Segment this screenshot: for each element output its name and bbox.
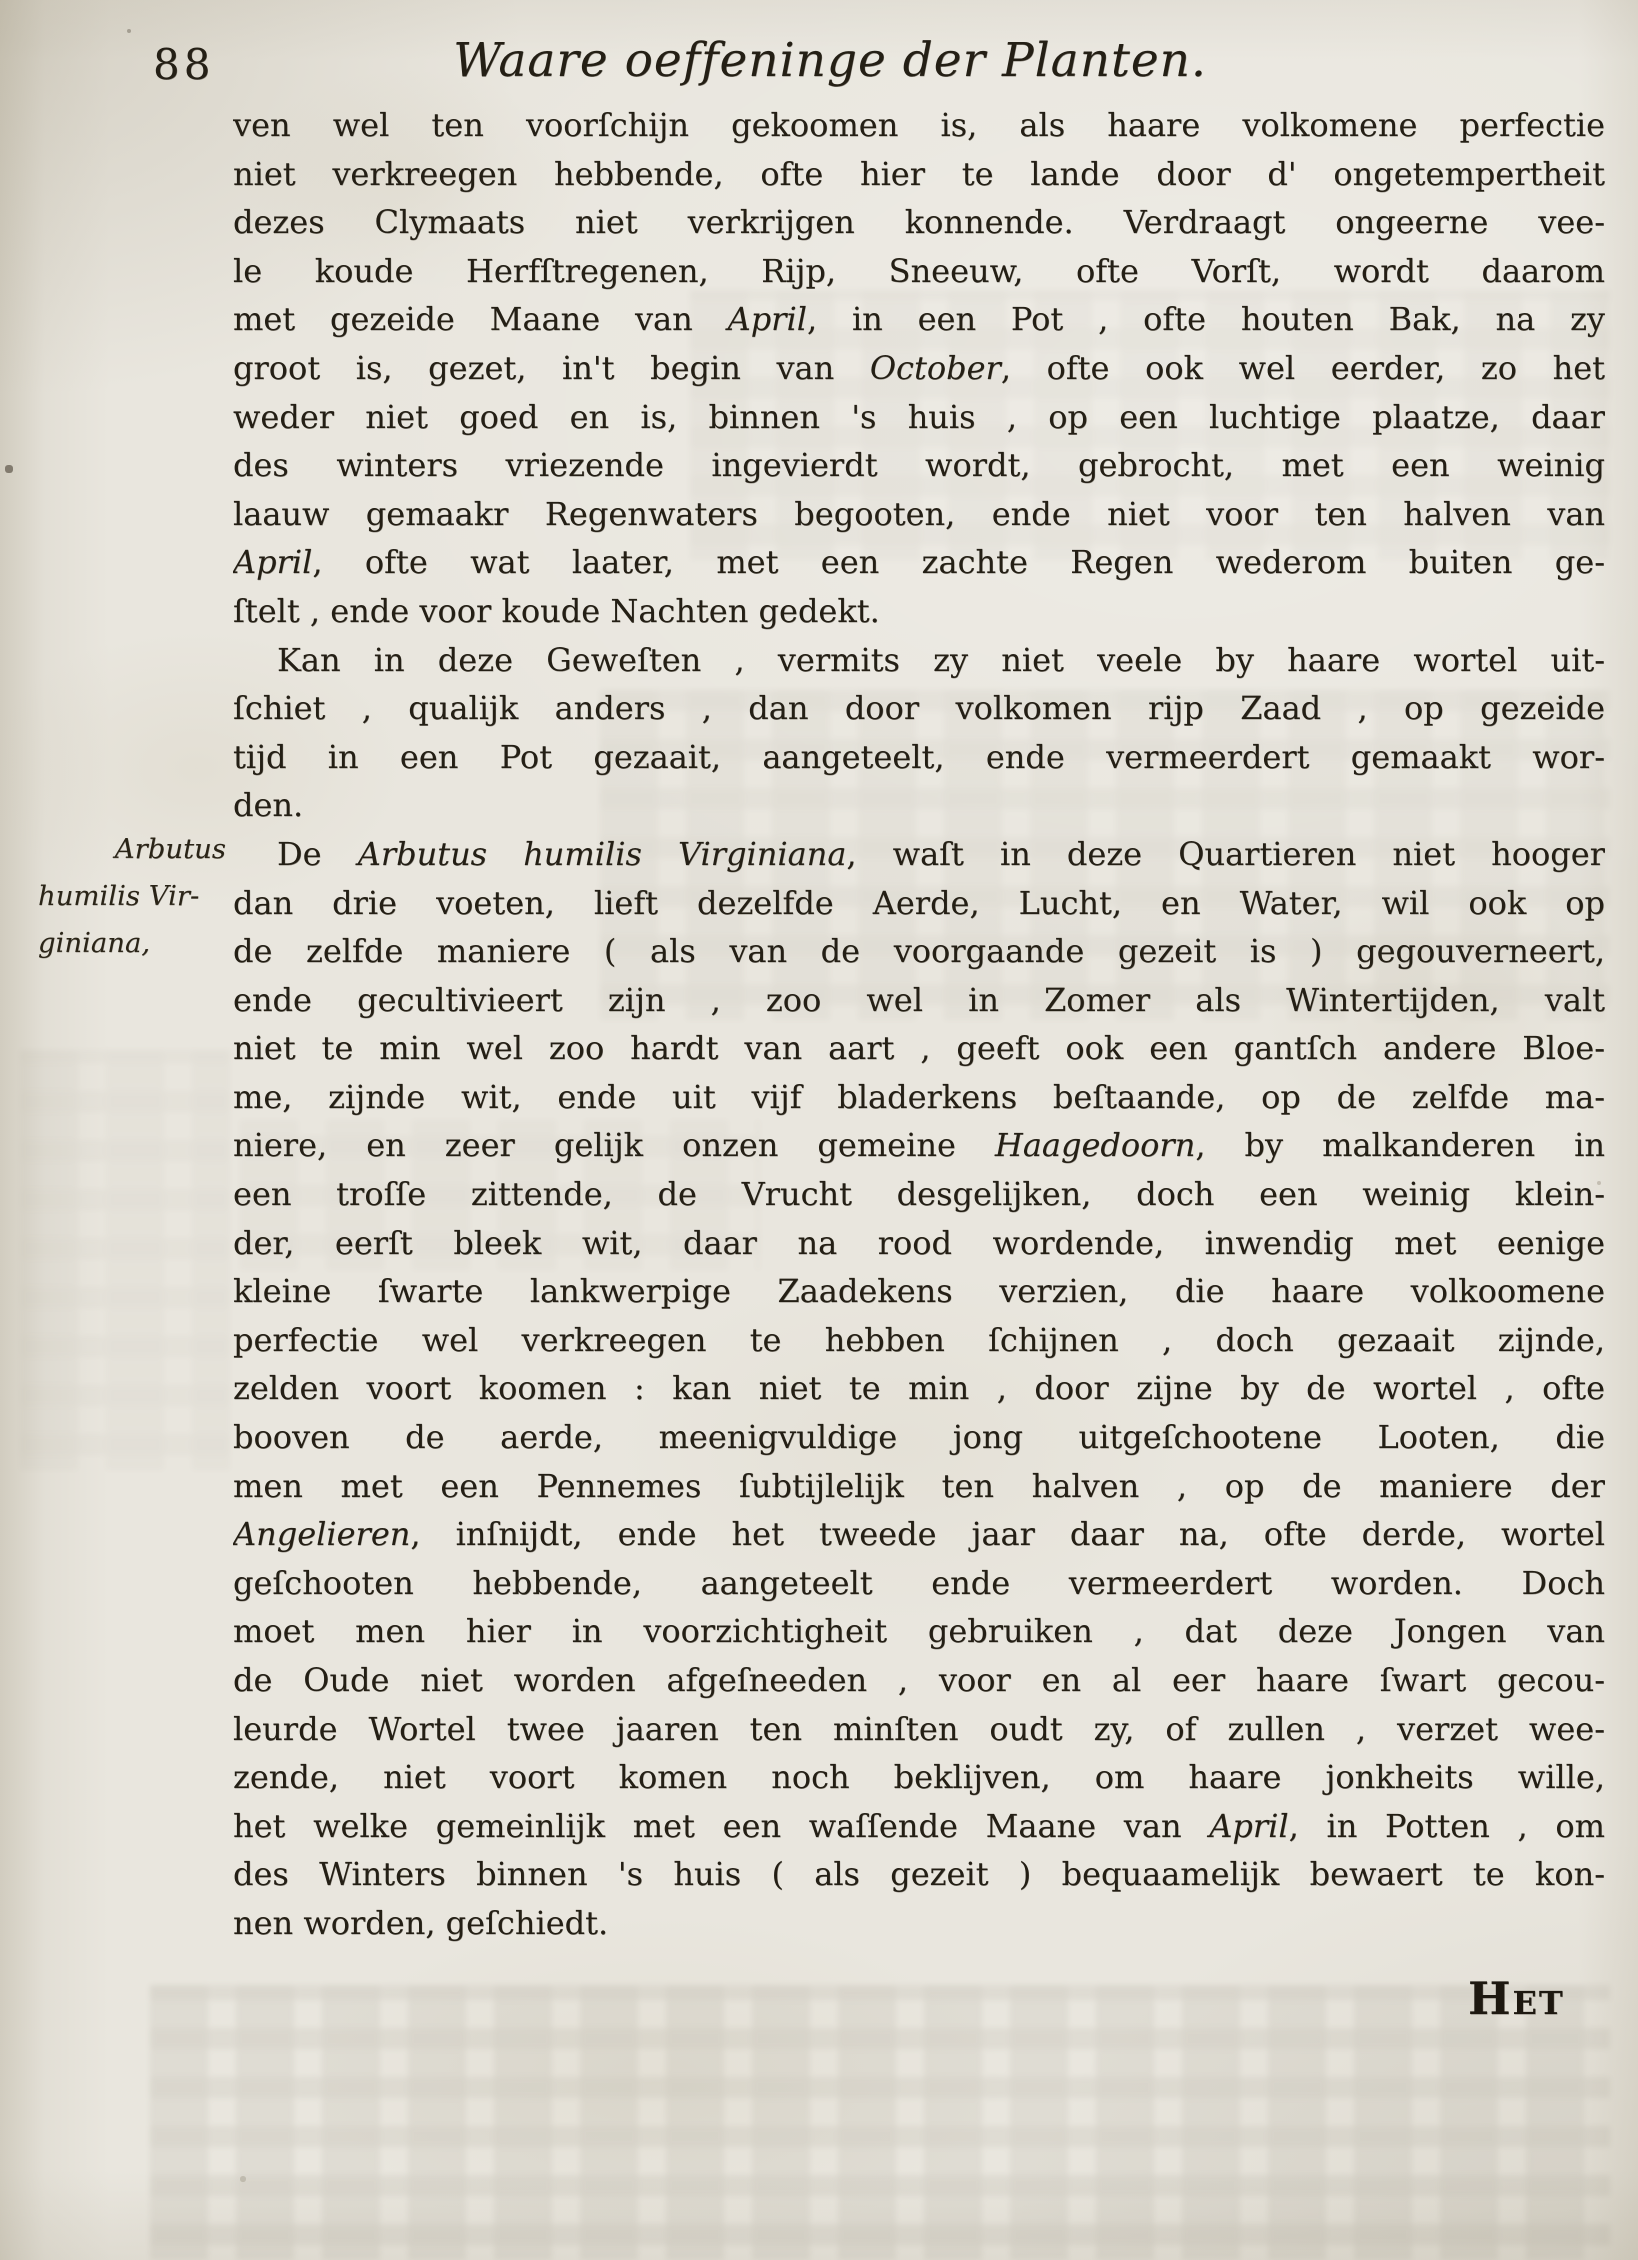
roman-text: niere, en zeer gelijk onzen gemeine bbox=[233, 1126, 995, 1164]
roman-text: men met een Pennemes ſubtijlelijk ten ha… bbox=[233, 1467, 1605, 1505]
book-page: 88 Waare oeffeninge der Planten. Arbutus… bbox=[0, 0, 1638, 2260]
text-line: kleine ſwarte lankwerpige Zaadekens verz… bbox=[233, 1267, 1605, 1316]
italic-text: April bbox=[233, 543, 312, 581]
roman-text: giniana, bbox=[38, 927, 150, 959]
roman-text: leurde Wortel twee jaaren ten minſten ou… bbox=[233, 1710, 1605, 1748]
roman-text: niet te min wel zoo hardt van aart , gee… bbox=[233, 1029, 1605, 1067]
roman-text: ven wel ten voorſchijn gekoomen is, als … bbox=[233, 106, 1605, 144]
text-line: den. bbox=[233, 781, 1605, 830]
running-title: Waare oeffeninge der Planten. bbox=[300, 33, 1360, 88]
roman-text: ſchiet , qualijk anders , dan door volko… bbox=[233, 689, 1605, 727]
paragraph: Kan in deze Geweſten , vermits zy niet v… bbox=[233, 636, 1605, 830]
roman-text: , in een Pot , ofte houten Bak, na zy bbox=[807, 300, 1605, 338]
text-line: geſchooten hebbende, aangeteelt ende ver… bbox=[233, 1559, 1605, 1608]
roman-text: der, eerſt bleek wit, daar na rood worde… bbox=[233, 1224, 1605, 1262]
text-line: laauw gemaakr Regenwaters begooten, ende… bbox=[233, 490, 1605, 539]
text-line: ſchiet , qualijk anders , dan door volko… bbox=[233, 684, 1605, 733]
italic-text: April bbox=[728, 300, 807, 338]
margin-note-line: Arbutus bbox=[38, 826, 228, 873]
text-line: ven wel ten voorſchijn gekoomen is, als … bbox=[233, 101, 1605, 150]
paragraph: ven wel ten voorſchijn gekoomen is, als … bbox=[233, 101, 1605, 636]
roman-text: zelden voort koomen : kan niet te min , … bbox=[233, 1369, 1605, 1407]
roman-text: des winters vriezende ingevierdt wordt, … bbox=[233, 446, 1605, 484]
text-line: Angelieren, inſnijdt, ende het tweede ja… bbox=[233, 1510, 1605, 1559]
roman-text: humilis Vir- bbox=[38, 880, 199, 912]
italic-text: Arbutus humilis Virginiana bbox=[358, 835, 847, 873]
roman-text: dezes Clymaats niet verkrijgen konnende.… bbox=[233, 203, 1605, 241]
roman-text: met gezeide Maane van bbox=[233, 300, 728, 338]
italic-text: Angelieren bbox=[233, 1515, 410, 1553]
roman-text: booven de aerde, meenigvuldige jong uitg… bbox=[233, 1418, 1605, 1456]
text-line: perfectie wel verkreegen te hebben ſchij… bbox=[233, 1316, 1605, 1365]
italic-text: Haagedoorn bbox=[995, 1126, 1195, 1164]
roman-text: niet verkreegen hebbende, ofte hier te l… bbox=[233, 155, 1605, 193]
roman-text: geſchooten hebbende, aangeteelt ende ver… bbox=[233, 1564, 1605, 1602]
text-line: moet men hier in voorzichtigheit gebruik… bbox=[233, 1607, 1605, 1656]
text-line: tijd in een Pot gezaait, aangeteelt, end… bbox=[233, 733, 1605, 782]
text-line: niet te min wel zoo hardt van aart , gee… bbox=[233, 1024, 1605, 1073]
roman-text: , waſt in deze Quartieren niet hooger bbox=[846, 835, 1605, 873]
roman-text: groot is, gezet, in't begin van bbox=[233, 349, 870, 387]
page-number: 88 bbox=[153, 40, 214, 89]
roman-text: Arbutus bbox=[115, 833, 226, 865]
text-line: zende, niet voort komen noch beklijven, … bbox=[233, 1753, 1605, 1802]
text-line: met gezeide Maane van April, in een Pot … bbox=[233, 295, 1605, 344]
roman-text: een troſſe zittende, de Vrucht desgelijk… bbox=[233, 1175, 1605, 1213]
bleedthrough-left-margin bbox=[20, 1050, 230, 1470]
roman-text: moet men hier in voorzichtigheit gebruik… bbox=[233, 1612, 1605, 1650]
roman-text: Kan in deze Geweſten , vermits zy niet v… bbox=[277, 641, 1605, 679]
paper-specks bbox=[0, 0, 2, 2]
text-line: April, ofte wat laater, met een zachte R… bbox=[233, 538, 1605, 587]
roman-text: kleine ſwarte lankwerpige Zaadekens verz… bbox=[233, 1272, 1605, 1310]
text-line: dezes Clymaats niet verkrijgen konnende.… bbox=[233, 198, 1605, 247]
text-line: der, eerſt bleek wit, daar na rood worde… bbox=[233, 1219, 1605, 1268]
roman-text: des Winters binnen 's huis ( als gezeit … bbox=[233, 1855, 1605, 1893]
text-line: De Arbutus humilis Virginiana, waſt in d… bbox=[233, 830, 1605, 879]
roman-text: tijd in een Pot gezaait, aangeteelt, end… bbox=[233, 738, 1605, 776]
roman-text: ende gecultivieert zijn , zoo wel in Zom… bbox=[233, 981, 1605, 1019]
roman-text: , inſnijdt, ende het tweede jaar daar na… bbox=[410, 1515, 1605, 1553]
text-line: dan drie voeten, lieft dezelfde Aerde, L… bbox=[233, 879, 1605, 928]
italic-text: October bbox=[870, 349, 1001, 387]
roman-text: , by malkanderen in bbox=[1195, 1126, 1605, 1164]
roman-text: perfectie wel verkreegen te hebben ſchij… bbox=[233, 1321, 1605, 1359]
text-line: me, zijnde wit, ende uit vijf bladerkens… bbox=[233, 1073, 1605, 1122]
roman-text: zende, niet voort komen noch beklijven, … bbox=[233, 1758, 1605, 1796]
roman-text: , ofte wat laater, met een zachte Regen … bbox=[312, 543, 1605, 581]
text-line: niere, en zeer gelijk onzen gemeine Haag… bbox=[233, 1121, 1605, 1170]
roman-text: De bbox=[277, 835, 358, 873]
roman-text: dan drie voeten, lieft dezelfde Aerde, L… bbox=[233, 884, 1605, 922]
text-line: Kan in deze Geweſten , vermits zy niet v… bbox=[233, 636, 1605, 685]
roman-text: , ofte ook wel eerder, zo het bbox=[1001, 349, 1605, 387]
text-line: het welke gemeinlijk met een waſſende Ma… bbox=[233, 1802, 1605, 1851]
margin-note-line: humilis Vir- bbox=[38, 873, 228, 920]
text-line: niet verkreegen hebbende, ofte hier te l… bbox=[233, 150, 1605, 199]
text-line: groot is, gezet, in't begin van October,… bbox=[233, 344, 1605, 393]
roman-text: nen worden, geſchiedt. bbox=[233, 1904, 608, 1942]
roman-text: me, zijnde wit, ende uit vijf bladerkens… bbox=[233, 1078, 1605, 1116]
body-text: ven wel ten voorſchijn gekoomen is, als … bbox=[233, 101, 1605, 1948]
text-line: weder niet goed en is, binnen 's huis , … bbox=[233, 393, 1605, 442]
text-line: de Oude niet worden afgeſneeden , voor e… bbox=[233, 1656, 1605, 1705]
roman-text: le koude Herfſtregenen, Rijp, Sneeuw, of… bbox=[233, 252, 1605, 290]
text-line: ende gecultivieert zijn , zoo wel in Zom… bbox=[233, 976, 1605, 1025]
margin-note-line: giniana, bbox=[38, 920, 228, 967]
paragraph: De Arbutus humilis Virginiana, waſt in d… bbox=[233, 830, 1605, 1948]
text-line: nen worden, geſchiedt. bbox=[233, 1899, 1605, 1948]
roman-text: de Oude niet worden afgeſneeden , voor e… bbox=[233, 1661, 1605, 1699]
roman-text: , in Potten , om bbox=[1289, 1807, 1605, 1845]
roman-text: het welke gemeinlijk met een waſſende Ma… bbox=[233, 1807, 1209, 1845]
text-line: ſtelt , ende voor koude Nachten gedekt. bbox=[233, 587, 1605, 636]
text-line: de zelfde maniere ( als van de voorgaand… bbox=[233, 927, 1605, 976]
text-line: booven de aerde, meenigvuldige jong uitg… bbox=[233, 1413, 1605, 1462]
roman-text: den. bbox=[233, 786, 303, 824]
text-line: des Winters binnen 's huis ( als gezeit … bbox=[233, 1850, 1605, 1899]
text-line: le koude Herfſtregenen, Rijp, Sneeuw, of… bbox=[233, 247, 1605, 296]
text-line: des winters vriezende ingevierdt wordt, … bbox=[233, 441, 1605, 490]
catchword: Het bbox=[1468, 1972, 1565, 2025]
text-line: leurde Wortel twee jaaren ten minſten ou… bbox=[233, 1705, 1605, 1754]
roman-text: ſtelt , ende voor koude Nachten gedekt. bbox=[233, 592, 880, 630]
roman-text: laauw gemaakr Regenwaters begooten, ende… bbox=[233, 495, 1605, 533]
margin-note: Arbutushumilis Vir-giniana, bbox=[38, 826, 228, 967]
roman-text: weder niet goed en is, binnen 's huis , … bbox=[233, 398, 1605, 436]
text-line: men met een Pennemes ſubtijlelijk ten ha… bbox=[233, 1462, 1605, 1511]
italic-text: April bbox=[1209, 1807, 1288, 1845]
text-line: zelden voort koomen : kan niet te min , … bbox=[233, 1364, 1605, 1413]
roman-text: de zelfde maniere ( als van de voorgaand… bbox=[233, 932, 1605, 970]
bleedthrough-bottom bbox=[150, 1985, 1610, 2260]
text-line: een troſſe zittende, de Vrucht desgelijk… bbox=[233, 1170, 1605, 1219]
